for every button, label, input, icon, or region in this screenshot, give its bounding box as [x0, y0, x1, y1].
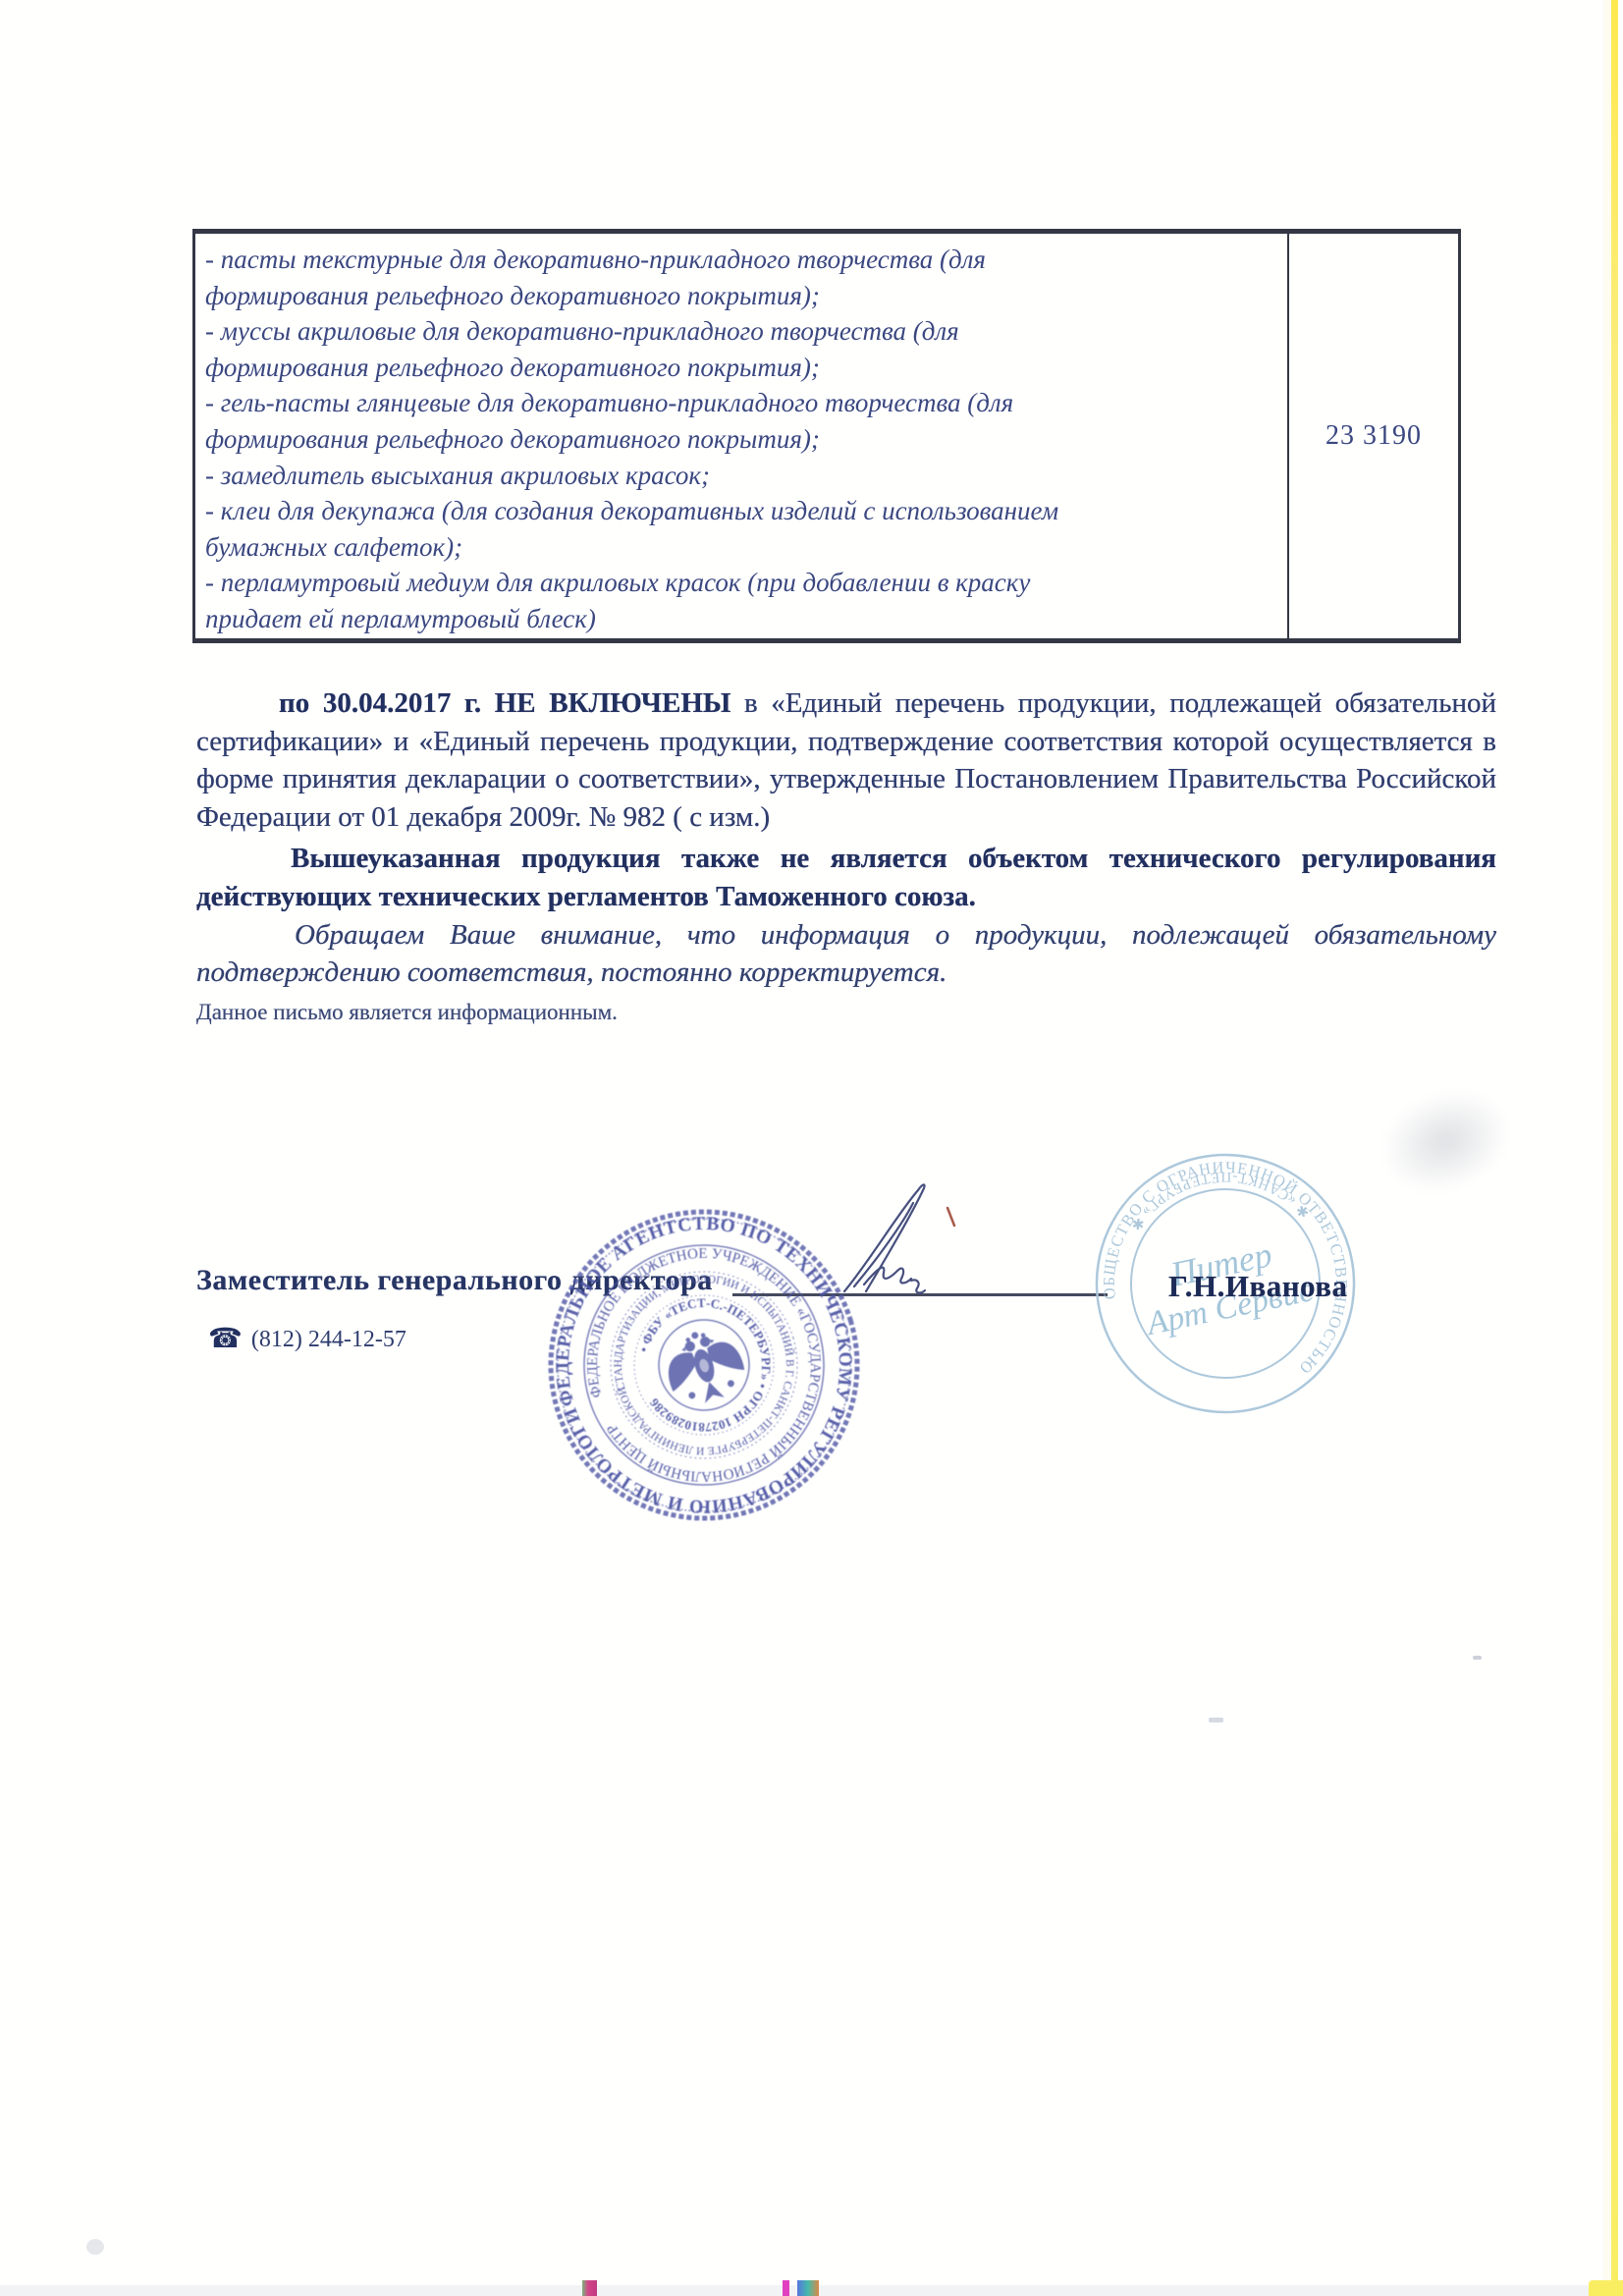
okp-code: 23 3190 — [1325, 420, 1422, 452]
pen-tick-mark — [947, 1208, 954, 1226]
official-round-stamp: ФЕДЕРАЛЬНОЕ АГЕНТСТВО ПО ТЕХНИЧЕСКОМУ РЕ… — [542, 1203, 866, 1527]
date-status-bold: по 30.04.2017 г. НЕ ВКЛЮЧЕНЫ — [279, 687, 730, 719]
signer-name: Г.Н.Иванова — [1168, 1269, 1348, 1304]
scan-color-bar — [783, 2280, 789, 2296]
product-line: - гель-пасты глянцевые для декоративно-п… — [205, 385, 1277, 421]
scan-color-bar — [582, 2280, 597, 2296]
product-line: придает ей перламутровый блеск) — [205, 601, 1277, 637]
phone-line: ☎ (812) 244-12-57 — [208, 1326, 406, 1353]
scan-speck — [1209, 1718, 1223, 1722]
scan-smudge — [1367, 1072, 1525, 1210]
scan-color-bar — [797, 2280, 819, 2296]
scanned-letter-page: - пасты текстурные для декоративно-прикл… — [0, 0, 1623, 2296]
product-line: - перламутровый медиум для акриловых кра… — [205, 565, 1277, 601]
scan-edge-stripe-soft — [1603, 0, 1611, 2296]
product-line: - замедлитель высыхания акриловых красок… — [205, 458, 1277, 494]
scan-speck — [1473, 1656, 1482, 1660]
product-table: - пасты текстурные для декоративно-прикл… — [192, 229, 1461, 643]
letter-body: по 30.04.2017 г. НЕ ВКЛЮЧЕНЫ в «Единый п… — [196, 684, 1496, 1027]
okp-code-cell: 23 3190 — [1287, 234, 1458, 638]
phone-icon: ☎ — [208, 1326, 243, 1353]
paragraph-attention-note: Обращаем Ваше внимание, что информация о… — [196, 916, 1496, 992]
phone-number: (812) 244-12-57 — [251, 1327, 406, 1353]
handwritten-signature — [825, 1169, 972, 1316]
product-line: - клеи для декупажа (для создания декора… — [205, 493, 1277, 529]
product-line: бумажных салфеток); — [205, 529, 1277, 566]
product-line: - пасты текстурные для декоративно-прикл… — [205, 242, 1277, 278]
paragraph-customs-union: Вышеуказанная продукция также не являетс… — [196, 840, 1496, 915]
product-line: формирования рельефного декоративного по… — [205, 350, 1277, 386]
paragraph-informational-note: Данное письмо является информационным. — [196, 998, 1496, 1027]
product-line: формирования рельефного декоративного по… — [205, 421, 1277, 458]
paragraph-not-included: по 30.04.2017 г. НЕ ВКЛЮЧЕНЫ в «Единый п… — [196, 684, 1496, 836]
scan-speck — [86, 2239, 104, 2255]
scan-yellow-corner — [1589, 2280, 1623, 2296]
product-line: формирования рельефного декоративного по… — [205, 278, 1277, 314]
product-description-cell: - пасты текстурные для декоративно-прикл… — [195, 234, 1287, 638]
scan-yellow-edge-stripe — [1611, 0, 1618, 2296]
product-line: - муссы акриловые для декоративно-прикла… — [205, 313, 1277, 350]
